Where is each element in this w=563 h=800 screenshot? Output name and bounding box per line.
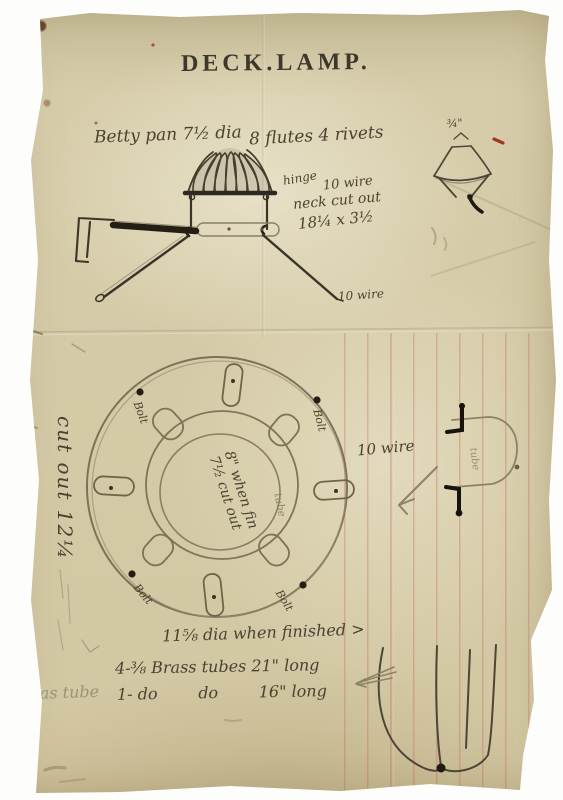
flourish-arrow	[356, 667, 396, 687]
paper-sheet: DECK.LAMP. Betty pan 7½ dia 8 flutes 4 r…	[0, 0, 563, 800]
scan-background: DECK.LAMP. Betty pan 7½ dia 8 flutes 4 r…	[0, 0, 563, 800]
cone-detail-sketch	[434, 133, 491, 212]
note-gas-tube-line: 1- do do 16" long	[117, 682, 327, 704]
plan-view-sketch	[58, 344, 355, 652]
note-brass-tubes: 4-⅜ Brass tubes 21" long	[115, 656, 320, 678]
red-ink-mark	[494, 139, 503, 143]
note-cone-dimension: ¾"	[446, 117, 463, 131]
note-cutout-diameter: cut out 12¼	[53, 416, 76, 561]
u-tube-sketch	[379, 645, 496, 773]
pencil-sketch-layer	[0, 0, 563, 800]
drawing-title: DECK.LAMP.	[181, 49, 371, 78]
wire-clip-sketch	[446, 403, 519, 516]
pencil-arrow	[399, 467, 437, 514]
note-gas-tube-label: Gas tube	[27, 683, 100, 704]
